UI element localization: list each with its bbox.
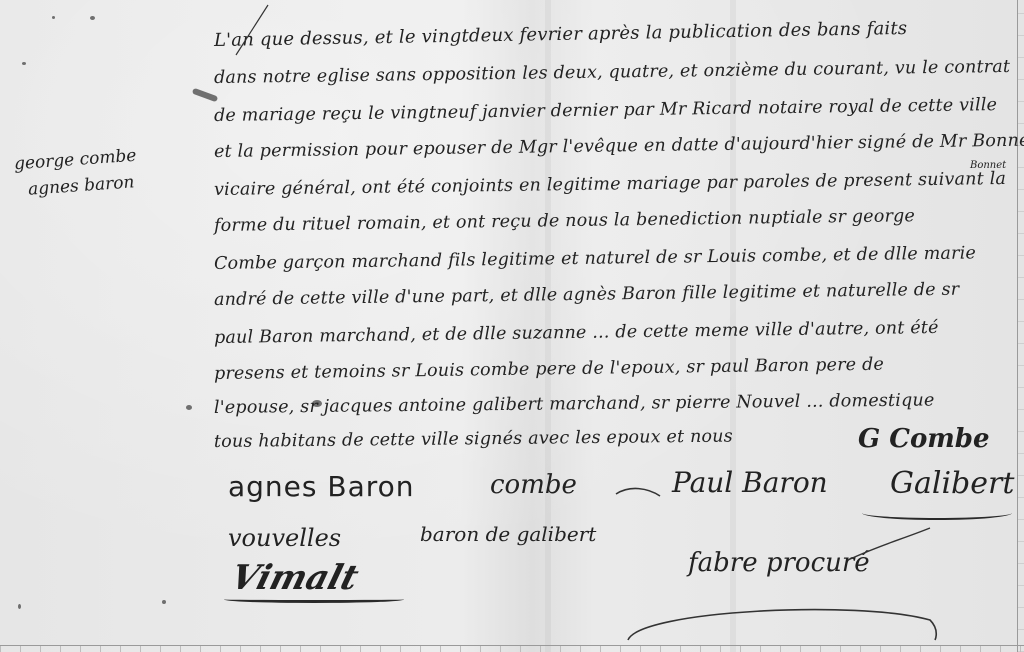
scanned-document-page: george combe agnes baron L'an que dessus… [0, 0, 1024, 652]
pen-flourishes [0, 0, 1024, 652]
